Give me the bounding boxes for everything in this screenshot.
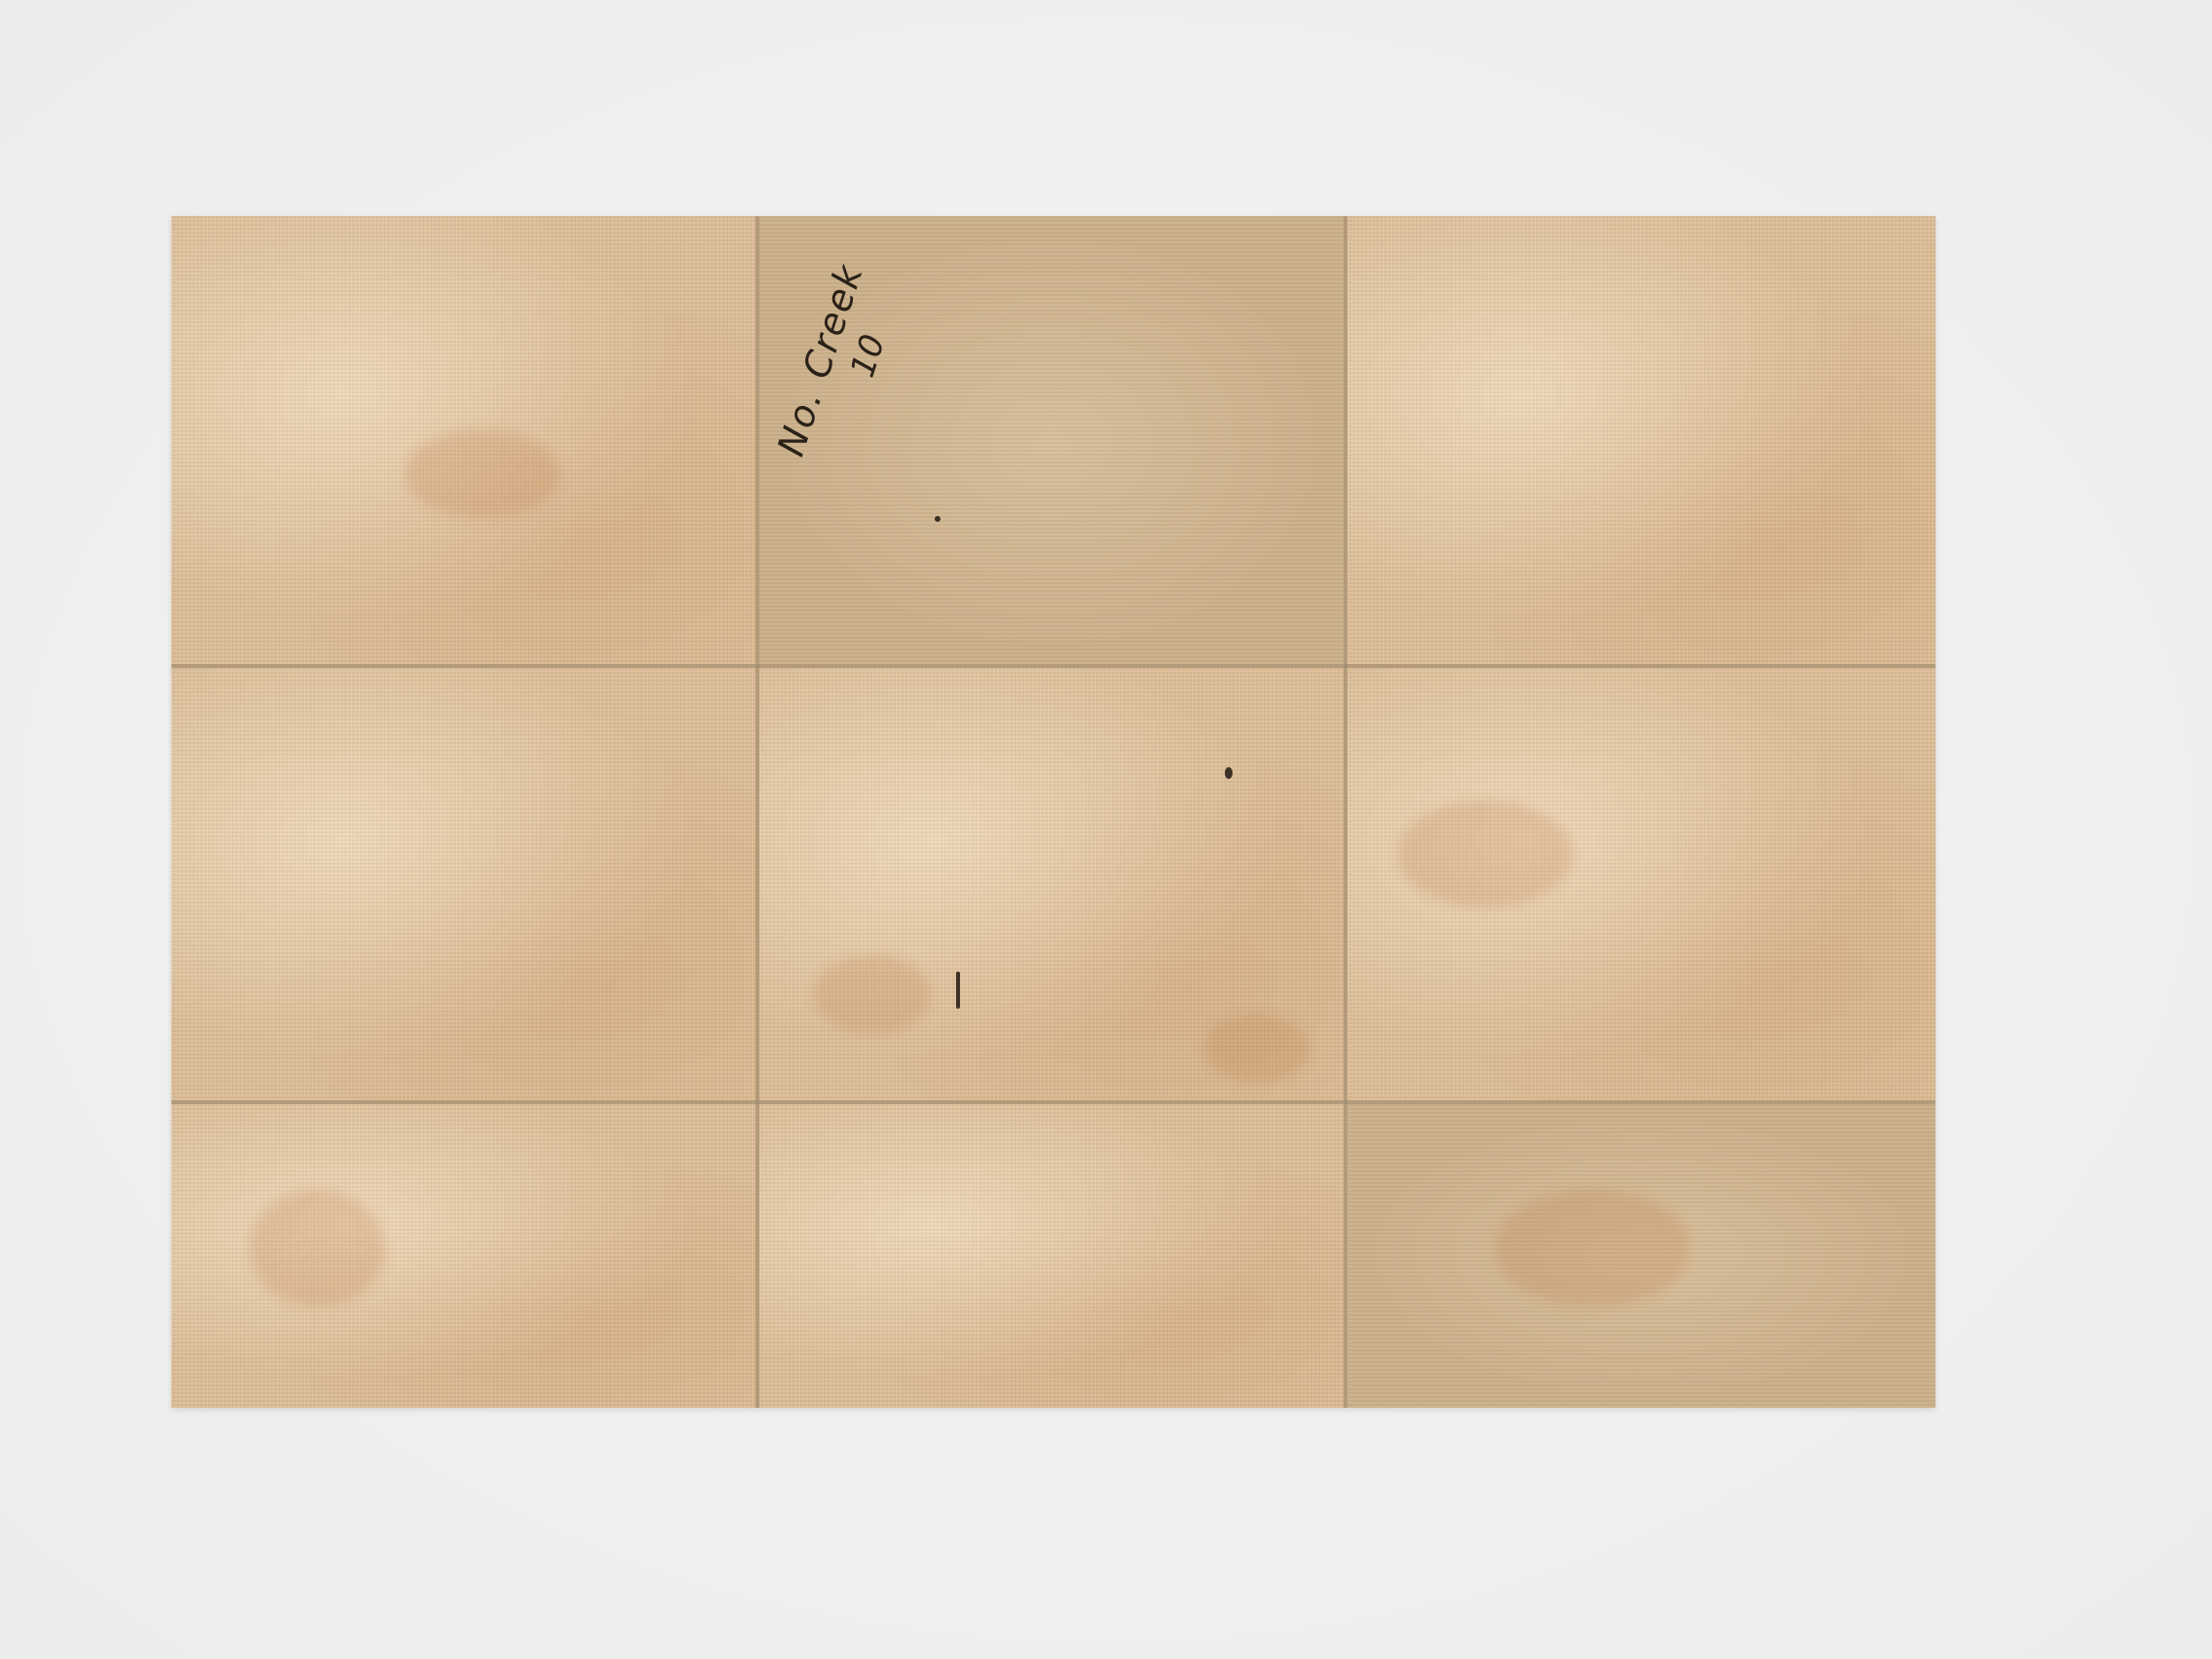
vertical-fold-line [756, 216, 759, 1408]
ink-mark [956, 972, 960, 1009]
vertical-fold-line [1344, 216, 1347, 1408]
horizontal-fold-line [171, 664, 1935, 668]
ink-speck [1225, 767, 1233, 779]
stain [405, 430, 561, 518]
horizontal-fold-line [171, 1100, 1935, 1104]
stain [1398, 800, 1573, 907]
stain [1203, 1014, 1310, 1083]
fold-panel-top-right [1347, 216, 1935, 664]
fold-panel-middle-left [171, 668, 756, 1100]
stain [1495, 1190, 1690, 1307]
stain [814, 956, 931, 1034]
fold-panel-bottom-center [759, 1104, 1344, 1408]
folded-linen-map-back [171, 216, 1935, 1408]
fold-panel-top-center [759, 216, 1344, 664]
stain [249, 1190, 386, 1307]
ink-speck [935, 516, 940, 522]
